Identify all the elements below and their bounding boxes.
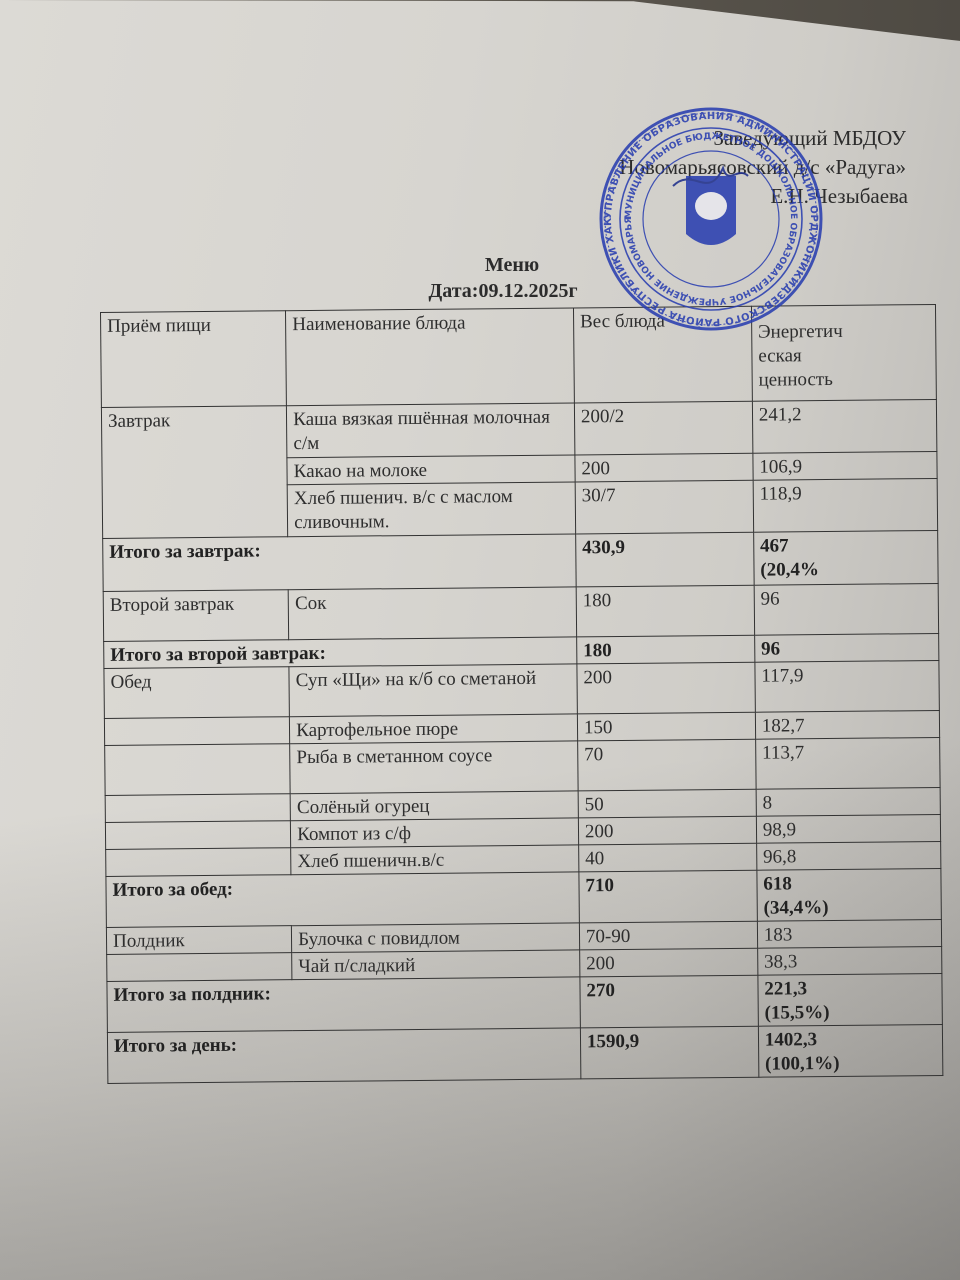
dish-weight: 200: [575, 453, 753, 482]
meal-empty: [105, 794, 290, 823]
dish-name: Рыба в сметанном соусе: [290, 741, 578, 794]
dish-energy: 8: [756, 787, 940, 816]
dish-name: Сок: [288, 587, 576, 640]
dish-energy: 113,7: [755, 737, 940, 789]
header-meal: Приём пищи: [101, 311, 287, 408]
total-weight: 180: [577, 635, 755, 664]
meal-empty: [106, 848, 291, 877]
total-row-lunch: Итого за обед: 710 618 (34,4%): [106, 868, 941, 927]
dish-weight: 40: [579, 843, 757, 872]
total-weight: 270: [580, 975, 758, 1028]
dish-name: Чай п/сладкий: [292, 950, 580, 980]
dish-weight: 70: [578, 739, 756, 791]
dish-energy: 96: [754, 583, 939, 635]
meal-lunch: Обед: [104, 667, 290, 719]
total-weight: 430,9: [576, 532, 754, 587]
meal-empty: [107, 953, 292, 982]
meal-second-breakfast: Второй завтрак: [103, 590, 289, 642]
dish-weight: 200: [578, 816, 756, 845]
total-energy: 618 (34,4%): [757, 868, 942, 921]
day-total-label: Итого за день:: [107, 1028, 580, 1084]
dish-name: Каша вязкая пшённая молочная с/м: [287, 403, 575, 458]
dish-weight: 50: [578, 789, 756, 818]
table-row: Второй завтрак Сок 180 96: [103, 583, 938, 641]
table-row: Завтрак Каша вязкая пшённая молочная с/м…: [101, 399, 936, 459]
dish-weight: 200/2: [574, 401, 752, 455]
menu-table: Приём пищи Наименование блюда Вес блюда …: [100, 304, 943, 1084]
table-row: Обед Суп «Щи» на к/б со сметаной 200 117…: [104, 660, 939, 718]
dish-energy: 118,9: [753, 478, 938, 532]
dish-name: Хлеб пшенич. в/с с маслом сливочным.: [287, 482, 575, 537]
day-total-weight: 1590,9: [580, 1026, 758, 1079]
dish-energy: 241,2: [752, 399, 937, 453]
table-row: Рыба в сметанном соусе 70 113,7: [105, 737, 940, 795]
meal-snack: Полдник: [106, 926, 291, 955]
meal-empty: [105, 821, 290, 850]
day-total-energy: 1402,3 (100,1%): [758, 1024, 943, 1077]
dish-energy: 96,8: [756, 841, 940, 870]
total-row-day: Итого за день: 1590,9 1402,3 (100,1%): [107, 1024, 942, 1083]
dish-energy: 117,9: [755, 660, 940, 712]
dish-name: Хлеб пшеничн.в/с: [291, 845, 579, 875]
dish-name: Компот из с/ф: [291, 818, 579, 848]
dish-weight: 30/7: [575, 480, 753, 534]
dish-name: Суп «Щи» на к/б со сметаной: [289, 664, 577, 717]
meal-breakfast: Завтрак: [101, 406, 287, 539]
dish-name: Картофельное пюре: [290, 714, 578, 744]
dish-energy: 183: [757, 919, 941, 948]
dish-energy: 182,7: [755, 710, 939, 739]
dish-weight: 150: [577, 712, 755, 741]
dish-weight: 200: [577, 662, 755, 714]
total-row-breakfast: Итого за завтрак: 430,9 467 (20,4%: [103, 530, 938, 591]
dish-name: Солёный огурец: [290, 791, 578, 821]
dish-energy: 98,9: [756, 814, 940, 843]
dish-name: Какао на молоке: [287, 455, 575, 485]
dish-energy: 38,3: [757, 946, 941, 975]
total-label: Итого за обед:: [106, 872, 579, 928]
official-stamp-icon: УПРАВЛЕНИЕ ОБРАЗОВАНИЯ АДМИНИСТРАЦИИ ОРД…: [598, 106, 824, 332]
total-energy: 96: [754, 633, 938, 662]
dish-weight: 70-90: [579, 921, 757, 950]
dish-weight: 200: [580, 948, 758, 977]
meal-empty: [104, 717, 289, 746]
total-energy: 221,3 (15,5%): [758, 973, 943, 1026]
total-energy: 467 (20,4%: [753, 530, 938, 585]
menu-date: Дата:09.12.2025г: [394, 278, 612, 304]
total-label: Итого за полдник:: [107, 977, 580, 1033]
dish-weight: 180: [576, 585, 754, 637]
meal-empty: [105, 744, 291, 796]
menu-title-block: Меню Дата:09.12.2025г: [412, 252, 612, 304]
dish-name: Булочка с повидлом: [292, 923, 580, 953]
total-weight: 710: [579, 870, 757, 923]
header-dish: Наименование блюда: [286, 308, 575, 406]
total-row-snack: Итого за полдник: 270 221,3 (15,5%): [107, 973, 942, 1032]
menu-heading: Меню: [412, 252, 612, 278]
total-label: Итого за завтрак:: [103, 534, 576, 592]
dish-energy: 106,9: [753, 451, 937, 480]
